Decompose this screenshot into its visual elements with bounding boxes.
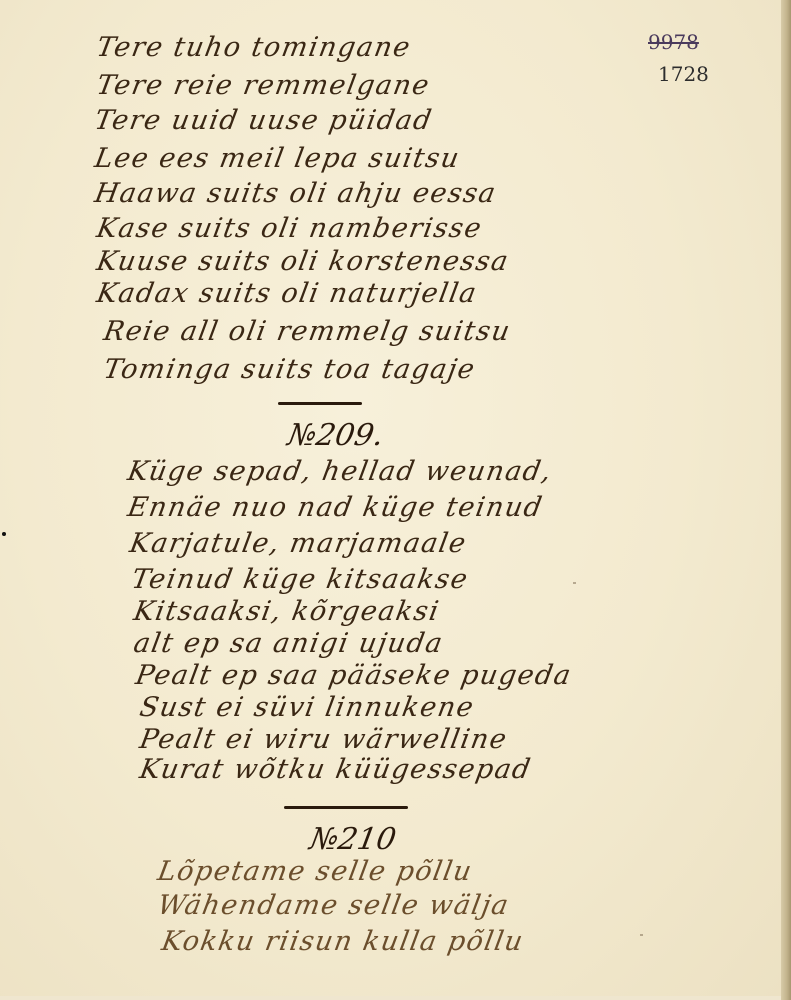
song-line: Wähendame selle wälja: [156, 892, 512, 919]
archive-number-current: 1728: [658, 62, 709, 86]
archive-number-old-struck: 9978: [648, 30, 699, 54]
song-line: Küge sepad, hellad weunad,: [126, 458, 555, 485]
song-line: Karjatule, marjamaale: [128, 530, 469, 557]
song-line: alt ep sa anigi ujuda: [132, 630, 446, 657]
song-line: Haawa suits oli ahju eessa: [93, 180, 499, 207]
paper-speck: [573, 582, 576, 584]
song-number-210: №210: [307, 822, 399, 857]
manuscript-page: 9978 1728 Tere tuho tomingane Tere reie …: [0, 0, 782, 996]
section-divider: [284, 806, 408, 809]
song-line: Tere uuid uuse püidad: [93, 107, 435, 134]
song-line: Sust ei süvi linnukene: [138, 694, 477, 721]
ink-blot: [2, 532, 6, 536]
section-divider: [278, 402, 362, 405]
paper-speck: [640, 934, 643, 936]
song-number-209: №209.: [285, 418, 386, 453]
page-edge: [781, 0, 791, 1000]
song-line: Lee ees meil lepa suitsu: [93, 145, 463, 172]
song-line: Reie all oli remmelg suitsu: [102, 318, 513, 345]
song-line: Kitsaaksi, kõrgeaksi: [132, 598, 442, 625]
song-line: Kurat wõtku küügessepad: [138, 756, 534, 783]
song-line: Kuuse suits oli korstenessa: [95, 248, 512, 275]
song-line: Ennäe nuo nad küge teinud: [126, 494, 546, 521]
song-line: Lõpetame selle põllu: [156, 858, 475, 885]
song-line: Pealt ei wiru wärwelline: [138, 726, 510, 753]
song-line: Teinud küge kitsaakse: [130, 566, 471, 593]
song-line: Pealt ep saa pääseke pugeda: [134, 662, 574, 689]
song-line: Tere reie remmelgane: [95, 72, 433, 99]
song-line: Kokku riisun kulla põllu: [160, 928, 526, 955]
song-line: Tere tuho tomingane: [95, 34, 414, 61]
song-line: Tominga suits toa tagaje: [102, 356, 478, 383]
song-line: Kase suits oli namberisse: [95, 215, 485, 242]
song-line: Kadax suits oli naturjella: [95, 280, 480, 307]
